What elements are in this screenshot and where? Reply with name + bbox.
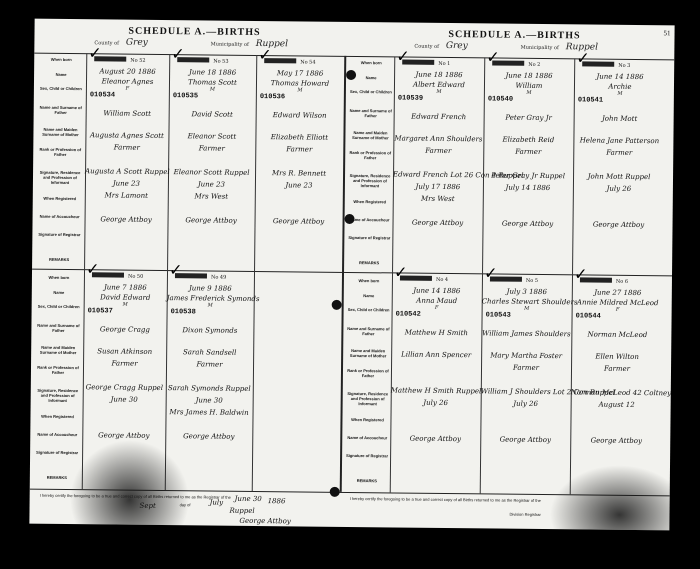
entry-father: Edward Wilson [256,111,344,120]
entry-profession [391,362,481,363]
county-value: Grey [126,38,148,48]
ink-blot [330,487,340,497]
footer-year: 1886 [268,497,286,505]
row-label: Rank or Profession of Father [345,368,391,378]
entry-father: William James Shoulders [481,329,571,338]
entry-registered: July 26 [573,184,665,193]
registration-number: 010544 [576,312,668,321]
birth-entry: No 2June 18 1886WilliamM010540Peter Gray… [482,59,574,260]
entry-father: William Scott [86,109,169,118]
entry-no: No 49 [211,275,226,281]
row-label: Rank or Profession of Father [35,365,81,375]
entry-number: No 3 [582,60,674,69]
entry-informant: Peter Gray Jr Ruppel [483,171,573,180]
entry-mother: Elizabeth Elliott [255,133,343,142]
entry-when-born: June 9 1886 [167,284,254,293]
row-label: Name of Accoucheur [37,213,83,218]
ink-blot [332,300,342,310]
entry-informant: Matthew H Smith Ruppel [391,386,481,395]
row-label: Signature of Registrar [36,232,82,237]
registration-number: 010538 [171,308,258,317]
birth-entry: No 52August 20 1886Eleanor AgnesF010534W… [84,55,169,256]
entry-accoucheur: Mrs Lamont [85,191,168,200]
entry-registrar: George Attboy [168,216,255,225]
entry-accoucheur [573,196,665,197]
checkmark-icon: ✓ [576,48,590,67]
checkmark-icon: ✓ [171,44,185,63]
entry-mother: Eleanor Scott [168,132,255,141]
row-label: When born [36,275,82,280]
row-label: Name of Accoucheur [34,431,80,436]
entry-mother: Mary Martha Foster [481,351,571,360]
registrar-label: Division Registrar [509,512,540,517]
registration-number: 010535 [173,92,260,101]
entry-registered: July 26 [481,399,571,408]
checkmark-icon: ✓ [486,47,500,66]
entry-when-born: July 3 1886 [482,287,572,296]
row-label: REMARKS [34,475,80,480]
entry-when-born: June 18 1886 [394,70,484,79]
birth-entry: No 53June 18 1886Thomas ScottM010535Davi… [167,56,256,257]
birth-entry: No 5July 3 1886Charles Stewart Shoulders… [480,275,572,476]
entry-father: John Mott [574,114,666,123]
entry-profession: Farmer [83,359,166,368]
entry-when-born: June 7 1886 [84,283,167,292]
checkmark-icon: ✓ [86,259,100,278]
municipality-label: Municipality of [521,45,559,51]
entry-when-born: June 18 1886 [169,68,256,77]
entry-number: No 49 [175,272,262,281]
row-label: Name [38,71,84,76]
row-label: Signature, Residence and Profession of I… [345,391,391,406]
entry-accoucheur: Mrs James H. Baldwin [166,408,253,417]
entry-number: No 2 [492,59,582,68]
entry-registrar: George Attboy [85,215,168,224]
entry-registrar: George Attboy [480,435,570,444]
checkmark-icon: ✓ [88,43,102,62]
entry-accoucheur [483,195,573,196]
entry-when-born: August 20 1886 [86,67,169,76]
entry-registrar: George Attboy [390,434,480,443]
row-label: When Registered [344,417,390,422]
row-label: REMARKS [36,257,82,262]
row-label: Sex, Child or Children [346,307,392,312]
row-label: Name [348,74,394,79]
entry-registrar: George Attboy [393,218,483,227]
entry-profession: Farmer [168,144,255,153]
entry-father: George Cragg [83,325,166,334]
entry-no: No 5 [526,278,538,284]
entry-number: No 52 [94,55,177,64]
birth-entry: No 54May 17 1886Thomas HowardM010536Edwa… [254,57,344,258]
entry-informant: Eleanor Scott Ruppel [168,168,255,177]
entry-no: No 54 [300,59,315,65]
header-county-right: County of Grey Municipality of Ruppel [414,41,598,53]
entry-registered: August 12 [571,400,663,409]
entry-profession: Farmer [481,363,571,372]
entry-number: No 6 [580,276,672,285]
registration-number: 010534 [90,91,173,100]
entry-mother: Helena Jane Patterson [573,136,665,145]
entry-profession: Farmer [166,360,253,369]
checkmark-icon: ✓ [394,262,408,281]
entry-number: No 5 [490,275,580,284]
entry-accoucheur [255,193,343,194]
entry-registered: July 14 1886 [483,183,573,192]
registration-number: 010539 [398,94,488,103]
row-label: Signature of Registrar [344,453,390,458]
entry-accoucheur [83,407,166,408]
birth-entry: No 6June 27 1886Annie Mildred McLeodF010… [570,276,664,477]
entry-registered: July 17 1886 [393,182,483,191]
row-label: Sex, Child or Children [348,89,394,94]
entry-registrar: George Attboy [82,431,165,440]
entry-no: No 1 [438,61,450,67]
entry-registrar: George Attboy [165,432,252,441]
entry-informant: Norman McLeod 42 Coltney Range Ruppel [571,388,663,397]
entry-no: No 53 [213,59,228,65]
birth-register-page: 51 SCHEDULE A.—BIRTHS County of Grey Mun… [29,19,674,531]
birth-entry: No 49June 9 1886James Frederick SymondsM… [165,272,254,473]
entry-registered: July 26 [391,398,481,407]
entry-when-born: June 18 1886 [484,71,574,80]
entry-accoucheur [571,412,663,413]
birth-entry: No 4June 14 1886Anna MaudF010542Matthew … [390,274,482,475]
entry-father: Matthew H Smith [391,328,481,337]
row-label: When Registered [37,196,83,201]
row-label: Name of Accoucheur [344,435,390,440]
row-label: Name and Maiden Surname of Mother [345,348,391,358]
entry-registered: June 23 [85,179,168,188]
entry-mother: Augusta Agnes Scott [85,131,168,140]
entry-registered: June 23 [255,181,343,190]
entry-informant: Edward French Lot 26 Con 4 Ruppel [393,170,483,179]
row-label: Rank or Profession of Father [347,150,393,160]
entry-no: No 6 [616,279,628,285]
checkmark-icon: ✓ [484,263,498,282]
entry-registrar: George Attboy [483,219,573,228]
registration-number: 010540 [488,95,578,104]
birth-entry: No 3June 14 1886ArchieM010541John MottHe… [572,60,666,261]
entry-mother: Elizabeth Reid [483,135,573,144]
row-label: Name of Accoucheur [347,217,393,222]
entry-registrar: George Attboy [255,217,343,226]
entry-no: No 2 [528,62,540,68]
row-label: Signature of Registrar [34,450,80,455]
entry-profession: Farmer [393,146,483,155]
entry-number: No 50 [92,271,175,280]
entry-when-born: June 14 1886 [574,72,666,81]
birth-entry: No 50June 7 1886David EdwardM010537Georg… [82,271,167,472]
entry-mother: Lillian Ann Spencer [391,350,481,359]
entry-no: No 3 [618,63,630,69]
entry-registered: June 30 [166,396,253,405]
entry-registered: June 23 [168,180,255,189]
footer-date: June 30 [235,495,262,503]
entry-father: Edward French [394,112,484,121]
entry-number: No 1 [402,59,492,68]
birth-entry: No 1June 18 1886Albert EdwardM010539Edwa… [392,58,484,259]
entry-father: Norman McLeod [571,330,663,339]
entry-profession: Farmer [85,143,168,152]
entry-mother: Susan Atkinson [83,347,166,356]
entry-informant: Sarah Symonds Ruppel [166,384,253,393]
schedule-title-right: SCHEDULE A.—BIRTHS [354,28,674,42]
row-label: Name and Maiden Surname of Mother [347,130,393,140]
entry-accoucheur [391,410,481,411]
row-label: When Registered [34,414,80,419]
entry-profession: Farmer [571,364,663,373]
entry-mother: Ellen Wilton [571,352,663,361]
row-label: Sex, Child or Children [38,86,84,91]
row-label: Name and Maiden Surname of Mother [35,344,81,354]
row-label: Rank or Profession of Father [37,147,83,157]
registration-number: 010536 [260,93,348,102]
row-label: REMARKS [344,478,390,483]
entry-profession: Farmer [573,148,665,157]
row-label: REMARKS [346,260,392,265]
row-label: Name and Maiden Surname of Mother [37,126,83,136]
municipality-label: Municipality of [211,42,249,48]
row-label: When born [348,60,394,65]
row-label: When born [346,278,392,283]
entry-accoucheur [481,411,571,412]
entry-when-born: May 17 1886 [256,69,344,78]
checkmark-icon: ✓ [169,260,183,279]
entry-accoucheur: Mrs West [168,192,255,201]
row-label: When Registered [347,199,393,204]
entry-profession: Farmer [255,145,343,154]
entry-informant: John Mott Ruppel [573,172,665,181]
entry-informant: William J Shoulders Lot 2 Con Ruppel [481,387,571,396]
entry-number: No 4 [400,275,490,284]
row-label: Name and Surname of Father [38,105,84,115]
footer-signature: George Attboy [239,517,290,526]
row-label: Name and Surname of Father [345,326,391,336]
entry-registrar: George Attboy [572,220,664,229]
entry-accoucheur: Mrs West [393,194,483,203]
entry-registered: June 30 [83,395,166,404]
checkmark-icon: ✓ [258,45,272,64]
row-label: Signature, Residence and Profession of I… [35,388,81,403]
entry-father: Peter Gray Jr [484,113,574,122]
county-label: County of [414,44,439,50]
registration-number: 010543 [486,311,576,320]
entry-informant: Augusta A Scott Ruppel [85,167,168,176]
row-label: Signature, Residence and Profession of I… [347,173,393,188]
footer-place: Ruppel [229,507,254,515]
row-label: Name [36,289,82,294]
checkmark-icon: ✓ [396,46,410,65]
row-label: Signature of Registrar [346,235,392,240]
entry-father: Dixon Symonds [166,326,253,335]
row-label: Name and Surname of Father [35,323,81,333]
entry-mother: Margaret Ann Shoulders [393,134,483,143]
schedule-title-left: SCHEDULE A.—BIRTHS [34,25,354,39]
entry-no: No 4 [436,277,448,283]
entry-when-born: June 27 1886 [572,288,664,297]
row-label: When born [38,57,84,62]
registration-number: 010541 [578,96,670,105]
entry-no: No 50 [128,274,143,280]
entry-profession: Farmer [483,147,573,156]
row-label: Name [346,292,392,297]
row-label: Sex, Child or Children [36,304,82,309]
entry-informant: George Cragg Ruppel [83,383,166,392]
entry-number: No 54 [264,57,352,66]
footer-month: July [210,499,224,507]
entry-number: No 53 [177,56,264,65]
entry-informant: Mrs R. Bennett [255,169,343,178]
row-label: Signature, Residence and Profession of I… [37,170,83,185]
checkmark-icon: ✓ [574,264,588,283]
row-label: Name and Surname of Father [348,108,394,118]
county-value: Grey [446,41,468,51]
registration-number: 010542 [396,310,486,319]
entry-registrar: George Attboy [570,436,662,445]
entry-father: David Scott [169,110,256,119]
entry-when-born: June 14 1886 [392,286,482,295]
registration-number: 010537 [88,307,171,316]
entry-no: No 52 [130,58,145,64]
entry-mother: Sarah Sandsell [166,348,253,357]
